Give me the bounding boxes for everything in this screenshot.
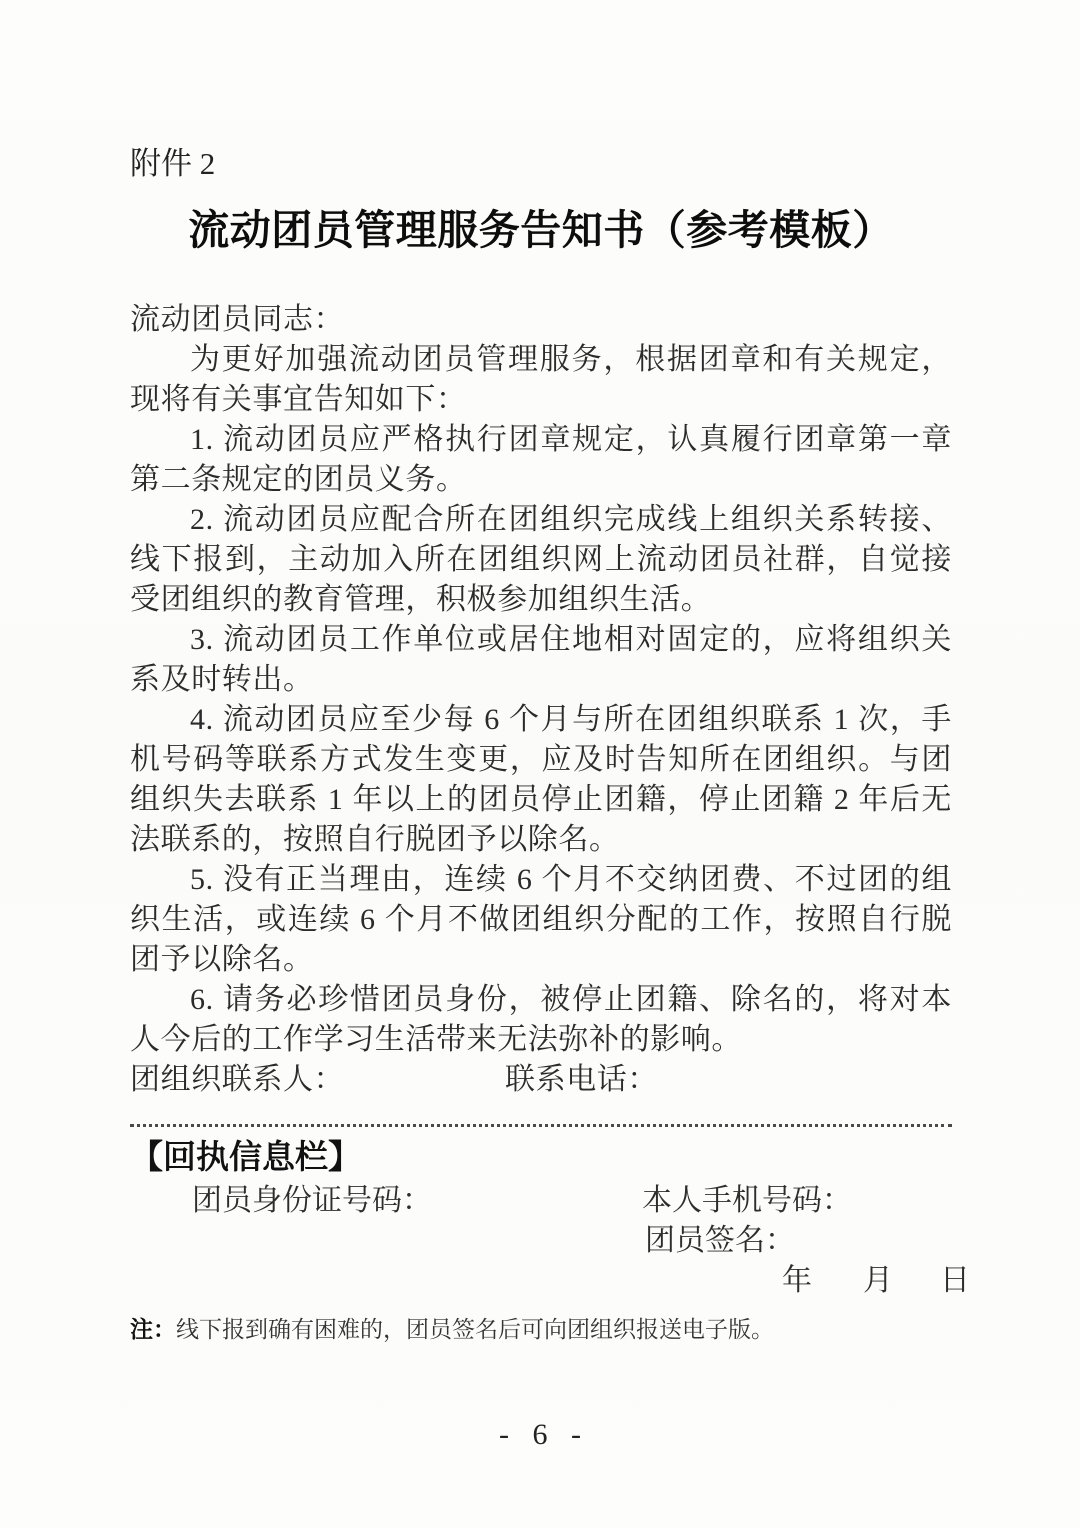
paragraph-intro: 为更好加强流动团员管理服务，根据团章和有关规定，现将有关事宜告知如下： [130, 340, 952, 420]
document-content: 附件 2 流动团员管理服务告知书（参考模板） 流动团员同志： 为更好加强流动团员… [130, 138, 952, 1346]
contact-phone-label: 联系电话： [505, 1060, 658, 1100]
date-month-label: 月 [863, 1261, 893, 1301]
receipt-signature-label: 团员签名： [645, 1221, 795, 1261]
salutation-line: 流动团员同志： [130, 300, 952, 340]
date-year-label: 年 [782, 1261, 812, 1301]
footnote-prefix: 注： [130, 1316, 176, 1342]
document-title: 流动团员管理服务告知书（参考模板） [130, 197, 952, 256]
footnote-row: 注：线下报到确有困难的，团员签名后可向团组织报送电子版。 [130, 1313, 952, 1346]
paragraph-item-2: 2. 流动团员应配合所在团组织完成线上组织关系转接、线下报到，主动加入所在团组织… [130, 500, 952, 620]
receipt-date-line: 年 月 日 [130, 1261, 952, 1301]
paragraph-item-6: 6. 请务必珍惜团员身份，被停止团籍、除名的，将对本人今后的工作学习生活带来无法… [130, 980, 952, 1060]
paragraph-item-1: 1. 流动团员应严格执行团章规定，认真履行团章第一章第二条规定的团员义务。 [130, 420, 952, 500]
paragraph-item-5: 5. 没有正当理由，连续 6 个月不交纳团费、不过团的组织生活，或连续 6 个月… [130, 860, 952, 980]
contact-person-label: 团组织联系人： [130, 1060, 344, 1100]
receipt-section-header: 【回执信息栏】 [130, 1137, 952, 1177]
document-page: 附件 2 流动团员管理服务告知书（参考模板） 流动团员同志： 为更好加强流动团员… [0, 0, 1080, 1528]
attachment-label: 附件 2 [130, 138, 952, 183]
page-number: - 6 - [0, 1418, 1080, 1452]
footnote-text: 线下报到确有困难的，团员签名后可向团组织报送电子版。 [176, 1317, 774, 1342]
paragraph-item-4: 4. 流动团员应至少每 6 个月与所在团组织联系 1 次，手机号码等联系方式发生… [130, 700, 952, 860]
date-day-label: 日 [940, 1261, 970, 1301]
document-body: 流动团员同志： 为更好加强流动团员管理服务，根据团章和有关规定，现将有关事宜告知… [130, 300, 952, 1100]
receipt-phone-label: 本人手机号码： [642, 1181, 852, 1221]
contact-row: 团组织联系人： 联系电话： [130, 1060, 952, 1100]
receipt-id-label: 团员身份证号码： [192, 1181, 432, 1221]
paragraph-item-3: 3. 流动团员工作单位或居住地相对固定的，应将组织关系及时转出。 [130, 620, 952, 700]
receipt-block: 团员身份证号码： 本人手机号码： 团员签名： 年 月 日 [130, 1181, 952, 1307]
tear-off-dotted-line [130, 1124, 952, 1127]
